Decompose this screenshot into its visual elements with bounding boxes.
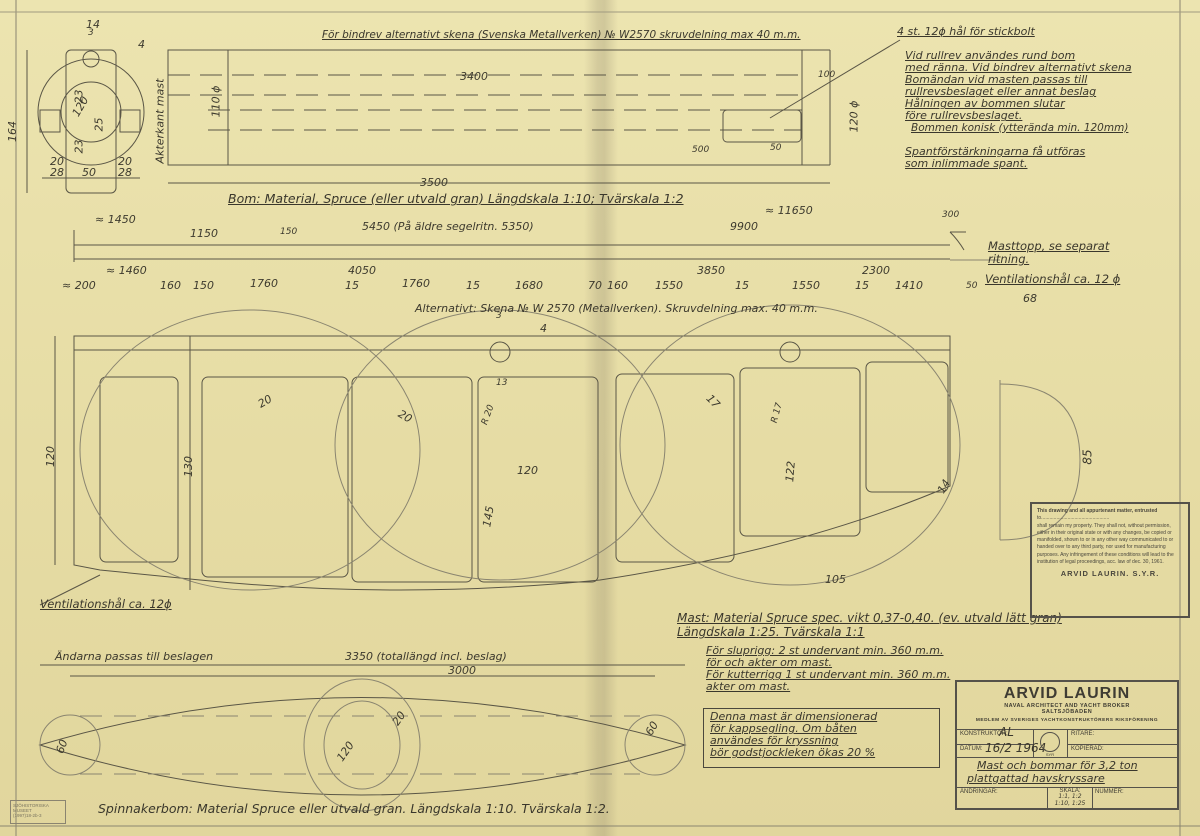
boom-note-line: före rullrevsbeslaget. bbox=[905, 110, 1132, 122]
notice-line1: This drawing and all appurtenant matter,… bbox=[1037, 508, 1183, 515]
dim-right-b: 28 bbox=[118, 166, 132, 179]
dim-boom-total: 3500 bbox=[420, 176, 448, 189]
archive-stamp: SJÖHISTORISKA MUSEET (1997)18-2b-3 bbox=[10, 800, 66, 824]
dim-mid: 50 bbox=[82, 166, 96, 179]
notice-signature: ARVID LAURIN. S.Y.R. bbox=[1037, 569, 1183, 580]
spinnaker-boom bbox=[40, 665, 685, 811]
andringar-label: ÄNDRINGAR: bbox=[960, 789, 998, 795]
dim-top-h: 85 bbox=[1081, 449, 1095, 464]
drawing-title-1: Mast och bommar för 3,2 ton bbox=[977, 760, 1138, 772]
dim-row: 150 bbox=[193, 279, 214, 292]
tb-row-title: Mast och bommar för 3,2 ton plattgattad … bbox=[957, 757, 1177, 788]
dim-mast-e: 9900 bbox=[730, 220, 758, 233]
nummer-label: NUMMER: bbox=[1095, 789, 1124, 795]
dim-top-w: 68 bbox=[1023, 292, 1037, 305]
dim-mast-a: ≈ 1450 bbox=[95, 213, 136, 226]
dim-d3: 25 bbox=[93, 118, 106, 132]
bolt-note: 4 st. 12ϕ hål för stickbolt bbox=[897, 26, 1035, 38]
firm-place: SALTSJÖBADEN bbox=[957, 709, 1177, 715]
aft-edge-label: Akterkant mast bbox=[154, 79, 166, 164]
dim-boom-end-c: 50 bbox=[770, 143, 781, 153]
dim-spinnaker-total: 3350 (totallängd incl. beslag) bbox=[345, 651, 507, 663]
mast-caption-scale: Längdskala 1:25. Tvärskala 1:1 bbox=[677, 626, 865, 639]
dim-sec-gap: 4 bbox=[540, 322, 547, 335]
dim-sec-w-mid: 120 bbox=[517, 464, 538, 477]
dim-boom-inner: 3400 bbox=[460, 70, 488, 83]
dim-row: 4050 bbox=[348, 264, 376, 277]
dim-boom-end-a: 100 bbox=[818, 70, 835, 80]
stamp-museum: SJÖHISTORISKA MUSEET bbox=[13, 803, 63, 813]
dim-mast-g: 300 bbox=[942, 210, 959, 220]
dim-gap: 4 bbox=[138, 38, 145, 51]
dim-row: ≈ 1460 bbox=[106, 264, 147, 277]
frames-note-line: som inlimmade spant. bbox=[905, 158, 1132, 170]
syr-seal: SYR bbox=[1035, 732, 1065, 756]
dim-row: 1680 bbox=[515, 279, 543, 292]
dim-row: 3850 bbox=[697, 264, 725, 277]
race-note-line: bör godstjockleken ökas 20 % bbox=[710, 747, 939, 759]
dim-row: 160 bbox=[160, 279, 181, 292]
dim-row: ≈ 200 bbox=[62, 279, 96, 292]
dim-row: 15 bbox=[735, 279, 749, 292]
mast-caption: Mast: Material Spruce spec. vikt 0,37-0,… bbox=[677, 612, 1062, 625]
dim-height: 164 bbox=[6, 121, 19, 142]
rig-notes: För sluprigg: 2 st undervant min. 360 m.… bbox=[706, 645, 950, 693]
spinnaker-ends-note: Ändarna passas till beslagen bbox=[55, 651, 213, 663]
boom-track-note: För bindrev alternativt skena (Svenska M… bbox=[322, 30, 801, 42]
title-block: ARVID LAURIN NAVAL ARCHITECT AND YACHT B… bbox=[955, 680, 1179, 810]
spinnaker-caption: Spinnakerbom: Material Spruce eller utva… bbox=[98, 802, 610, 816]
dim-mast-b: 1150 bbox=[190, 227, 218, 240]
dim-row: 1410 bbox=[895, 279, 923, 292]
dim-left-b: 28 bbox=[50, 166, 64, 179]
racing-dimension-note: Denna mast är dimensionerad för kappsegl… bbox=[703, 708, 940, 768]
rig-note-line: akter om mast. bbox=[706, 681, 950, 693]
dim-sec-h-right: 122 bbox=[783, 460, 798, 482]
mast-cross-section bbox=[40, 305, 1080, 605]
dim-sec-h-left: 120 bbox=[44, 446, 57, 467]
boom-notes: Vid rullrev användes rund bom med ränna.… bbox=[905, 50, 1132, 170]
dim-d1: 23 bbox=[73, 90, 86, 104]
drawing-sheet: 14 3 4 164 120 23 23 25 20 28 50 20 28 A… bbox=[0, 0, 1200, 836]
dim-mast-f: ≈ 11650 bbox=[765, 204, 813, 217]
vent-note-top: Ventilationshål ca. 12 ϕ bbox=[985, 273, 1120, 286]
dim-boom-end-b: 500 bbox=[692, 145, 709, 155]
boom-side-view bbox=[168, 40, 900, 183]
dim-sec-slot: 3 bbox=[496, 311, 502, 321]
dim-boom-dia-right: 120 ϕ bbox=[847, 101, 860, 133]
dim-d2: 23 bbox=[73, 140, 86, 154]
kopierad-label: KOPIERAD: bbox=[1068, 744, 1178, 753]
dim-boom-dia-left: 110 ϕ bbox=[209, 86, 222, 118]
konstruktor-label: KONSTRUKTÖR: bbox=[957, 730, 1033, 738]
vent-note-bottom: Ventilationshål ca. 12ϕ bbox=[40, 598, 172, 611]
dim-row: 1550 bbox=[655, 279, 683, 292]
mast-track-note: Alternativt: Skena № W 2570 (Metallverke… bbox=[415, 303, 818, 315]
ritare-label: RITARE: bbox=[1068, 730, 1178, 738]
dim-row: 1760 bbox=[250, 277, 278, 290]
dim-row: 160 bbox=[607, 279, 628, 292]
dim-sec-w-right: 105 bbox=[825, 573, 846, 586]
tb-row-people: KONSTRUKTÖR: AL DATUM: 16/2 1964 SYR RIT… bbox=[957, 729, 1177, 758]
dim-row: 1550 bbox=[792, 279, 820, 292]
masthead-note: Masttopp, se separat ritning. bbox=[988, 240, 1118, 265]
tb-row-bottom: ÄNDRINGAR: SKALA: 1:1, 1:2 1:10, 1:25 NU… bbox=[957, 787, 1177, 809]
boom-note-line: Bommen konisk (ytterända min. 120mm) bbox=[911, 123, 1132, 135]
firm-membership: MEDLEM AV SVERIGES YACHTKONSTRUKTÖRERS R… bbox=[957, 718, 1177, 723]
copyright-notice: This drawing and all appurtenant matter,… bbox=[1030, 502, 1190, 618]
boom-caption: Bom: Material, Spruce (eller utvald gran… bbox=[228, 192, 684, 206]
dim-row: 1760 bbox=[402, 277, 430, 290]
dim-row: 2300 bbox=[862, 264, 890, 277]
dim-mast-d: 5450 (På äldre segelritn. 5350) bbox=[362, 220, 534, 233]
dim-row: 15 bbox=[466, 279, 480, 292]
dim-sec-web: 130 bbox=[182, 456, 195, 477]
dim-mast-c: 150 bbox=[280, 227, 297, 237]
dim-row: 70 bbox=[588, 279, 602, 292]
dim-row: 15 bbox=[345, 279, 359, 292]
dim-row: 15 bbox=[855, 279, 869, 292]
drawing-title-2: plattgattad havskryssare bbox=[967, 773, 1105, 785]
skala-value-2: 1:10, 1:25 bbox=[1048, 801, 1092, 808]
notice-line2: to......................................… bbox=[1037, 515, 1183, 522]
stamp-number: (1997)18-2b-3 bbox=[13, 813, 63, 818]
dim-slot: 3 bbox=[88, 28, 94, 38]
dim-row: 50 bbox=[966, 281, 977, 291]
firm-name: ARVID LAURIN bbox=[957, 685, 1177, 703]
notice-body: shall remain my property. They shall not… bbox=[1037, 523, 1183, 567]
dim-spinnaker-inner: 3000 bbox=[448, 664, 476, 677]
dim-sec-r4: 13 bbox=[496, 378, 507, 388]
konstruktor-value: AL bbox=[999, 726, 1014, 739]
